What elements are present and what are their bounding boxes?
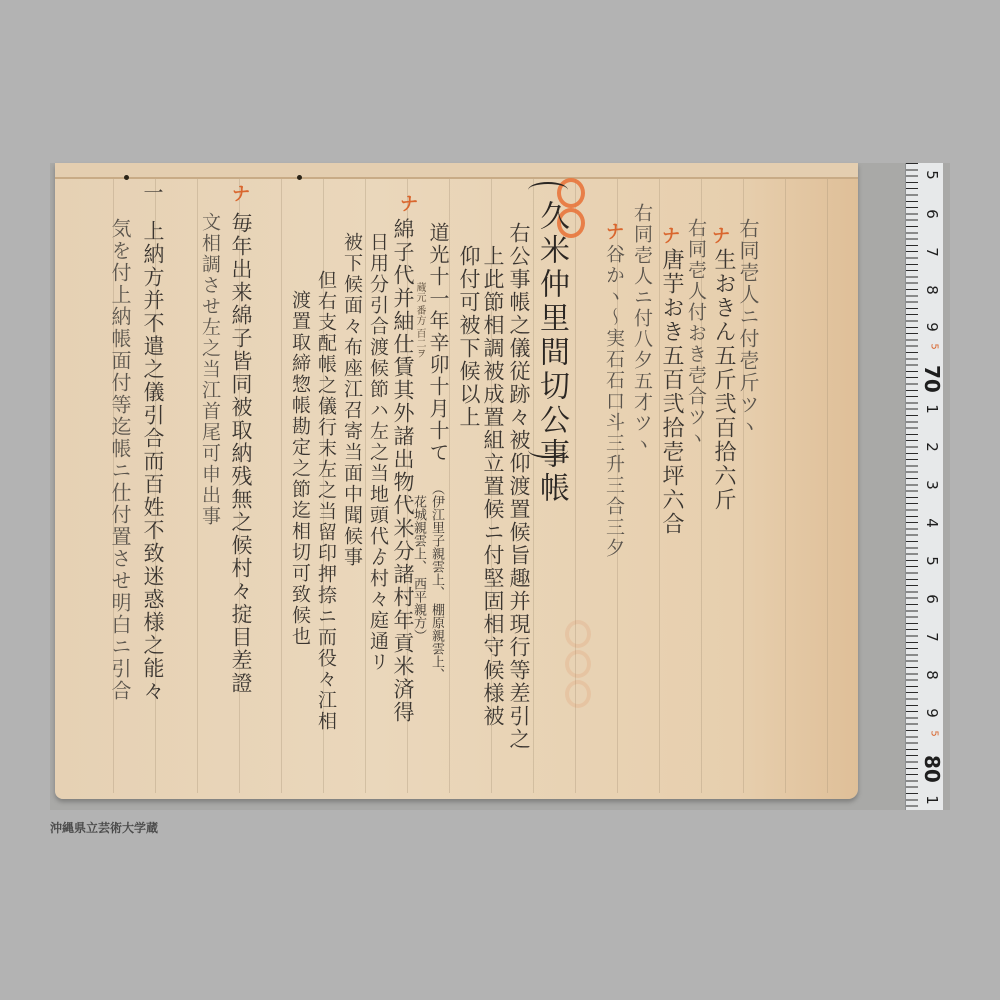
ruler-label: 70 <box>920 365 943 385</box>
text-column: 被下候面々布座江召寄当面中聞候事 <box>342 232 361 568</box>
ruler-ticks <box>906 163 918 810</box>
signatories-line: （伊江里子親雲上、 棚原親雲上、 <box>430 482 443 681</box>
ruler-label: 5 <box>923 551 941 571</box>
document-title: 久米仲里間切公事帳 <box>536 200 566 506</box>
ruled-line <box>281 179 282 793</box>
text-column: 右同壱人ニ付壱斤ツヽ <box>738 218 758 438</box>
red-check-mark: ナ <box>400 190 418 216</box>
red-check-mark: ナ <box>606 218 624 244</box>
text-column: 右同壱人付おき壱合ツヽ <box>686 218 705 449</box>
text-column: 但右支配帳之儀行末左之当留印押捺ニ而役々江相 <box>316 270 335 732</box>
ruler-label: 5 <box>929 724 940 744</box>
ruler-label: 9 <box>923 703 941 723</box>
title-bracket-close <box>528 442 568 458</box>
text-column: 上此節相調被成置組立置候ニ付堅固相守候様被 <box>482 245 503 728</box>
ruler-label: 8 <box>923 665 941 685</box>
ruler-label: 8 <box>923 280 941 300</box>
collection-credit: 沖縄県立芸術大学蔵 <box>50 819 158 836</box>
ruled-line <box>827 179 828 793</box>
ruler-label: 5 <box>923 165 941 185</box>
text-column: 綿子代并紬仕賃其外諸出物代米分諸村年貢米済得 <box>392 218 413 724</box>
text-column: 渡置取締惣帳勘定之節迄相切可致候也 <box>290 290 309 647</box>
ruler-label: 2 <box>923 437 941 457</box>
date-column: 道光十一年辛卯十月十て <box>428 222 448 464</box>
text-column: 生おきん五斤弐百拾六斤 <box>712 248 734 512</box>
ruler-label: 80 <box>920 755 943 775</box>
text-column: 上納方并不遣之儀引合而百姓不致迷惑様之能々 <box>142 220 163 703</box>
ruler-label: 6 <box>923 204 941 224</box>
item-marker: 一 <box>142 182 162 204</box>
ruled-line <box>197 179 198 793</box>
red-check-mark: ナ <box>712 222 730 248</box>
ruled-line <box>785 179 786 793</box>
ruler-label: 1 <box>923 790 941 810</box>
ruler-label: 6 <box>923 589 941 609</box>
text-column: 毎年出来綿子皆同被取納残無之候村々掟目差證 <box>230 212 251 695</box>
text-column: 右公事帳之儀従跡々被仰渡置候旨趣并現行等差引之 <box>508 222 529 751</box>
text-column: 谷かヽ〜実石石口斗三升三合三夕 <box>604 244 623 559</box>
title-bracket-open <box>528 182 568 198</box>
ruler-label: 5 <box>929 337 940 357</box>
page-top-fold <box>55 163 858 179</box>
ruler-label: 9 <box>923 317 941 337</box>
text-column: 日用分引合渡候節ハ左之当地頭代ゟ村々庭通リ <box>368 232 387 673</box>
text-column: 仰付可被下候以上 <box>458 245 479 429</box>
bleed-through-stamp <box>565 620 595 710</box>
marginal-annotation: 蔵元 番方 百二ヲ <box>414 282 424 358</box>
text-column: 気を付上納帳面付等迄帳ニ仕付置させ明白ニ引合 <box>110 218 130 702</box>
text-column: 唐芋おき五百弐拾壱坪六合 <box>660 248 682 536</box>
measurement-ruler: 5 6 7 8 9 5 70 1 2 3 4 5 6 7 8 9 5 80 1 <box>905 163 943 810</box>
red-check-mark: ナ <box>232 180 250 206</box>
ruler-label: 7 <box>923 627 941 647</box>
ruled-line <box>365 179 366 793</box>
text-column: 文相調させ左之当江首尾可申出事 <box>200 212 219 527</box>
ruler-label: 3 <box>923 475 941 495</box>
binding-hole <box>124 175 129 180</box>
ruler-label: 7 <box>923 242 941 262</box>
text-column: 右同壱人ニ付八夕五才ツヽ <box>632 203 651 455</box>
binding-hole <box>297 175 302 180</box>
ruler-label: 4 <box>923 513 941 533</box>
ruler-label: 1 <box>923 399 941 419</box>
red-check-mark: ナ <box>662 222 680 248</box>
